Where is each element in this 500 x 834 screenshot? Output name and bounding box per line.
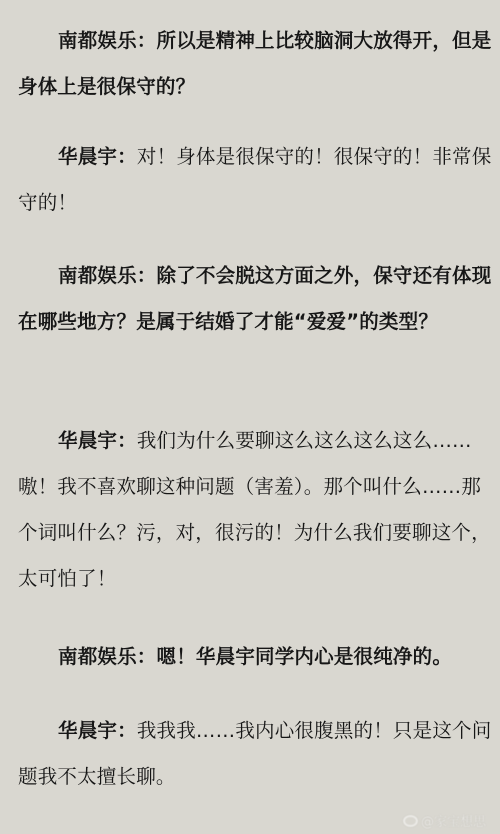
speaker-label: 南都娱乐： [58,645,157,668]
speaker-label: 华晨宇： [58,429,137,452]
paragraph-text: 我们为什么要聊这么这么这么这么……嗷！我不喜欢聊这种问题（害羞）。那个叫什么……… [18,429,491,590]
paragraph-answer-1: 华晨宇：对！身体是很保守的！很保守的！非常保守的！ [18,134,494,226]
watermark-text: @家宝想思 [421,811,486,830]
paragraph-question-2: 南都娱乐：除了不会脱这方面之外，保守还有体现在哪些地方？是属于结婚了才能“爱爱”… [18,253,494,345]
weibo-icon [403,815,418,827]
paragraph-question-1: 南都娱乐：所以是精神上比较脑洞大放得开，但是身体上是很保守的？ [18,18,494,110]
paragraph-text: 嗯！华晨宇同学内心是很纯净的。 [157,645,453,668]
speaker-label: 南都娱乐： [58,264,157,287]
paragraph-question-3: 南都娱乐：嗯！华晨宇同学内心是很纯净的。 [18,634,494,680]
speaker-label: 南都娱乐： [58,29,157,52]
speaker-label: 华晨宇： [58,145,137,168]
speaker-label: 华晨宇： [58,719,137,742]
weibo-watermark: @家宝想思 [403,811,486,830]
paragraph-answer-3: 华晨宇：我我我……我内心很腹黑的！只是这个问题我不太擅长聊。 [18,708,494,800]
paragraph-answer-2: 华晨宇：我们为什么要聊这么这么这么这么……嗷！我不喜欢聊这种问题（害羞）。那个叫… [18,418,494,602]
